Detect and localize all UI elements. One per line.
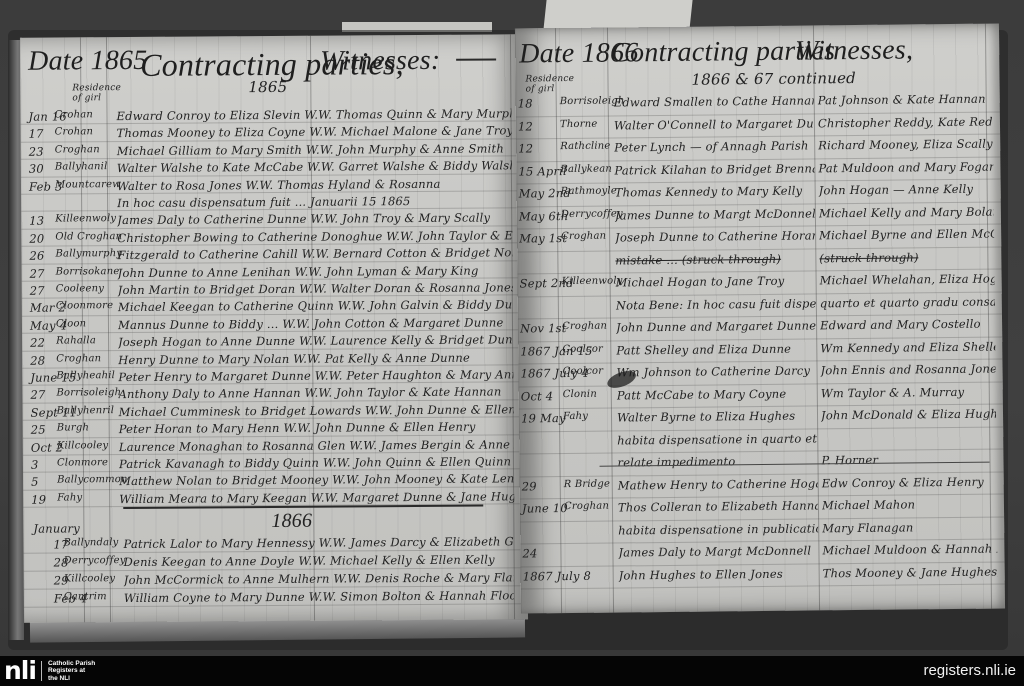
- logo-divider: [41, 661, 42, 681]
- entry-residence: Croghan: [56, 353, 101, 364]
- nli-logo[interactable]: nli Catholic Parish Registers at the NLI: [4, 660, 95, 682]
- entry-text: Michael Cumminesk to Bridget Lowards W.W…: [119, 402, 514, 419]
- entry-residence: Rathcline: [560, 141, 610, 153]
- entry-text: Thos Colleran to Elizabeth Hannan: [618, 498, 818, 514]
- entry-text: James Dunne to Margt McDonnell: [615, 206, 815, 222]
- entry-residence: Fahy: [563, 411, 588, 422]
- column-label: Residence of girl: [72, 83, 112, 103]
- entry-date: 12: [518, 119, 533, 133]
- entry-date: 27: [30, 388, 45, 402]
- entry-residence: Croghan: [55, 144, 100, 155]
- entry-date: 13: [29, 214, 44, 228]
- entry-residence: Ballyheahil: [56, 370, 115, 381]
- entry-text: James Daly to Margt McDonnell: [618, 543, 811, 559]
- entry-witnesses: Thos Mooney & Jane Hughes, Green Hills: [823, 564, 998, 580]
- right-page: Date 1866 Contracting parties Witnesses,…: [515, 23, 1005, 613]
- entry-date: 17: [29, 127, 44, 141]
- entry-text: Fitzgerald to Catherine Cahill W.W. Bern…: [117, 246, 512, 263]
- entry-text: Patt McCabe to Mary Coyne: [617, 386, 787, 402]
- entry-witnesses: John Ennis and Rosanna Jones: [820, 362, 995, 378]
- entry-text: Thomas Kennedy to Mary Kelly: [615, 184, 803, 200]
- entry-residence: Crohan: [54, 109, 93, 120]
- logo-text-line: Registers at: [48, 667, 95, 675]
- entry-date: 19: [31, 492, 46, 506]
- entry-witnesses: Richard Mooney, Eliza Scally: [818, 137, 993, 153]
- entry-residence: Ballyhanil: [55, 161, 108, 172]
- entry-date: 25: [31, 423, 46, 437]
- entry-text: Thomas Mooney to Eliza Coyne W.W. Michae…: [117, 124, 512, 141]
- entry-text: William Coyne to Mary Dunne W.W. Simon B…: [124, 588, 514, 605]
- heading-dash: [456, 58, 496, 60]
- entry-text: James Daly to Catherine Dunne W.W. John …: [117, 211, 490, 228]
- left-page: Date 1865 Contracting parties, Witnesses…: [20, 34, 528, 623]
- logo-text: Catholic Parish Registers at the NLI: [48, 660, 95, 683]
- entry-text: Joseph Hogan to Anne Dunne W.W. Laurence…: [118, 333, 513, 350]
- entry-witnesses: Michael Whelahan, Eliza Hogan: [820, 272, 995, 288]
- entry-date: 29: [522, 479, 537, 493]
- entry-text: Patt Shelley and Eliza Dunne: [616, 341, 791, 357]
- entry-residence: Thorne: [560, 118, 598, 129]
- month-label: January: [33, 521, 80, 535]
- entry-date: 1867 July 8: [523, 568, 591, 583]
- entry-text: Walter to Rosa Jones W.W. Thomas Hyland …: [117, 176, 441, 192]
- footer-bar: nli Catholic Parish Registers at the NLI…: [0, 656, 1024, 686]
- column-rule: [80, 37, 85, 622]
- entry-residence: Ballykean: [560, 163, 612, 175]
- entry-residence: Cantrim: [64, 591, 107, 602]
- entry-text: Denis Keegan to Anne Doyle W.W. Michael …: [124, 552, 495, 569]
- entry-text: Walter Walshe to Kate McCabe W.W. Garret…: [117, 159, 512, 176]
- entry-text: Michael Keegan to Catherine Quinn W.W. J…: [118, 298, 513, 315]
- entry-text: Wm Johnson to Catherine Darcy: [616, 363, 810, 379]
- heading-date: Date 1865: [28, 45, 147, 78]
- entry-date: 30: [29, 162, 44, 176]
- entry-residence: Croghan: [561, 231, 606, 242]
- entry-date: 23: [29, 144, 44, 158]
- entry-witnesses: John Hogan — Anne Kelly: [819, 182, 974, 198]
- entry-text: John Dunne to Anne Lenihan W.W. John Lym…: [118, 263, 479, 280]
- entry-text: Edward Conroy to Eliza Slevin W.W. Thoma…: [116, 106, 511, 123]
- entry-residence: Borrisoleigh: [56, 387, 121, 398]
- entry-text: Mathew Henry to Catherine Hogan: [618, 476, 818, 492]
- entry-date: Nov 1st: [520, 321, 567, 335]
- entry-date: 27: [30, 266, 45, 280]
- entry-witnesses: Edw Conroy & Eliza Henry: [822, 474, 984, 490]
- entry-witnesses: Michael Kelly and Mary Boland: [819, 204, 994, 220]
- entry-text: William Meara to Mary Keegan W.W. Margar…: [119, 489, 514, 506]
- entry-text: John Hughes to Ellen Jones: [619, 566, 783, 582]
- entry-text: John Martin to Bridget Doran W.W. Walter…: [118, 280, 513, 297]
- entry-text: John Dunne and Margaret Dunne: [616, 318, 816, 334]
- entry-witnesses: quarto et quarto gradu consanguinitatis: [820, 294, 995, 310]
- entry-witnesses: Edward and Mary Costello: [820, 317, 981, 333]
- entry-residence: Killcooley: [64, 573, 116, 584]
- entry-witnesses: P. Horner: [821, 453, 878, 468]
- year-label: 1865: [248, 78, 287, 96]
- heading-witnesses: Witnesses,: [795, 34, 913, 67]
- entry-text: Mannus Dunne to Biddy ... W.W. John Cott…: [118, 315, 504, 332]
- entry-witnesses: Wm Kennedy and Eliza Shelley: [820, 339, 995, 355]
- column-label: Residence of girl: [525, 74, 585, 95]
- entry-witnesses: Michael Muldoon & Hannah Linnolle: [822, 542, 997, 558]
- entry-date: 18: [518, 96, 533, 110]
- entry-text: John McCormick to Anne Mulhern W.W. Deni…: [124, 570, 514, 587]
- entry-date: 12: [518, 141, 533, 155]
- entry-residence: R Bridge: [564, 478, 610, 489]
- entry-date: 5: [31, 475, 39, 489]
- entry-text: Joseph Dunne to Catherine Horan: [615, 228, 815, 244]
- entry-date: 27: [30, 284, 45, 298]
- entry-witnesses: John McDonald & Eliza Hughes: [821, 407, 996, 423]
- entry-text: habita dispensatione in publicatione ban…: [618, 521, 818, 537]
- entry-residence: Clonin: [563, 388, 597, 399]
- entry-residence: Coolcor: [562, 366, 603, 377]
- entry-witnesses: Michael Mahon: [822, 497, 915, 512]
- entry-residence: Mountcarew: [55, 179, 121, 190]
- site-url-link[interactable]: registers.nli.ie: [923, 662, 1016, 679]
- entry-date: 24: [522, 546, 537, 560]
- entry-residence: Ballyhenril: [57, 405, 115, 416]
- entry-witnesses: Pat Muldoon and Mary Fogarty: [818, 159, 993, 175]
- entry-text: Michael Gilliam to Mary Smith W.W. John …: [117, 141, 504, 158]
- entry-witnesses: Christopher Reddy, Kate Reddy: [818, 114, 993, 130]
- column-rule: [106, 37, 111, 622]
- entry-witnesses: Mary Flanagan: [822, 520, 913, 535]
- entry-text: Walter Byrne to Eliza Hughes: [617, 409, 795, 425]
- entry-text: Anthony Daly to Anne Hannan W.W. John Ta…: [118, 385, 501, 402]
- entry-date: May 1st: [519, 231, 567, 246]
- entry-residence: Ballymurphy: [55, 248, 122, 259]
- entry-text: Henry Dunne to Mary Nolan W.W. Pat Kelly…: [118, 350, 470, 366]
- entry-residence: Killeenwoly: [55, 213, 116, 224]
- entry-text: Christopher Bowing to Catherine Donoghue…: [117, 228, 512, 245]
- column-rule: [510, 34, 515, 619]
- entry-text: Peter Lynch — of Annagh Parish: [614, 138, 809, 154]
- entry-text: Patrick Kilahan to Bridget Brennan: [614, 161, 814, 177]
- entry-date: 22: [30, 336, 45, 350]
- entry-witnesses: (struck through): [819, 250, 918, 265]
- entry-text: Walter O'Connell to Margaret Dunne: [614, 116, 814, 132]
- year-label-1866: 1866: [271, 510, 312, 533]
- entry-residence: Cooleeny: [56, 283, 104, 294]
- heading-witnesses: Witnesses:: [320, 45, 440, 78]
- year-label: 1866 & 67 continued: [691, 69, 856, 89]
- entry-date: June 10: [522, 501, 568, 515]
- entry-text: relate impedimento: [617, 454, 735, 469]
- entry-residence: Fahy: [57, 492, 82, 503]
- entry-text: Peter Henry to Margaret Dunne W.W. Peter…: [118, 367, 513, 384]
- entry-residence: Ballyndaly: [63, 537, 118, 548]
- loose-paper-slip: [543, 0, 692, 30]
- entry-date: 19 May: [521, 411, 566, 425]
- entry-text: Matthew Nolan to Bridget Mooney W.W. Joh…: [119, 472, 514, 489]
- entry-date: 28: [30, 353, 45, 367]
- entry-text: Patrick Kavanagh to Biddy Quinn W.W. Joh…: [119, 454, 511, 471]
- entry-text: habita dispensatione in quarto et quarto…: [617, 431, 817, 447]
- entry-residence: Coolcor: [562, 343, 603, 354]
- entry-text: Nota Bene: In hoc casu fuit dispensatio: [616, 296, 816, 312]
- entry-residence: Old Croghan: [55, 231, 122, 242]
- entry-residence: Killeenwoly: [562, 275, 623, 287]
- entry-witnesses: Pat Johnson & Kate Hannan: [818, 92, 986, 108]
- entry-text: Edward Smallen to Cathe Hannan: [614, 93, 814, 109]
- entry-residence: Derrycoffey: [64, 555, 126, 566]
- logo-text-line: Catholic Parish: [48, 660, 95, 668]
- entry-residence: Burgh: [57, 422, 89, 433]
- entry-date: 3: [31, 458, 39, 472]
- register-image-viewer[interactable]: Date 1865 Contracting parties, Witnesses…: [0, 0, 1024, 656]
- entry-residence: Rathmoyle: [561, 185, 617, 197]
- entry-residence: Ballycommon: [57, 474, 128, 485]
- entry-witnesses: Michael Byrne and Ellen McGlinn: [819, 227, 994, 243]
- row-rule: [521, 583, 1005, 589]
- entry-date: 20: [29, 231, 44, 245]
- entry-residence: Cloonmore: [56, 301, 113, 312]
- entry-date: 26: [29, 249, 44, 263]
- entry-residence: Croghan: [564, 501, 609, 512]
- entry-text: mistake ... (struck through): [615, 251, 781, 267]
- entry-text: Patrick Lalor to Mary Hennessy W.W. Jame…: [123, 534, 513, 551]
- entry-residence: Rahalla: [56, 335, 96, 346]
- entry-text: In hoc casu dispensatum fuit ... Januari…: [117, 194, 410, 210]
- entry-residence: Croghan: [562, 321, 607, 332]
- nli-logo-mark: nli: [4, 660, 36, 682]
- logo-text-line: the NLI: [48, 675, 95, 683]
- entry-witnesses: Wm Taylor & A. Murray: [821, 384, 965, 400]
- entry-residence: Borrisokane: [56, 266, 120, 277]
- entry-residence: Clonmore: [57, 457, 108, 468]
- entry-date: Oct 4: [521, 389, 554, 403]
- entry-text: Michael Hogan to Jane Troy: [616, 274, 785, 290]
- entry-text: Peter Horan to Mary Henn W.W. John Dunne…: [119, 420, 476, 436]
- entry-text: Laurence Monaghan to Rosanna Glen W.W. J…: [119, 437, 514, 454]
- entry-residence: Killcooley: [57, 440, 109, 451]
- entry-residence: Cloon: [56, 318, 86, 329]
- entry-residence: Crohan: [55, 127, 94, 138]
- entry-residence: Derrycoffey: [561, 208, 623, 220]
- row-rule: [519, 448, 1003, 454]
